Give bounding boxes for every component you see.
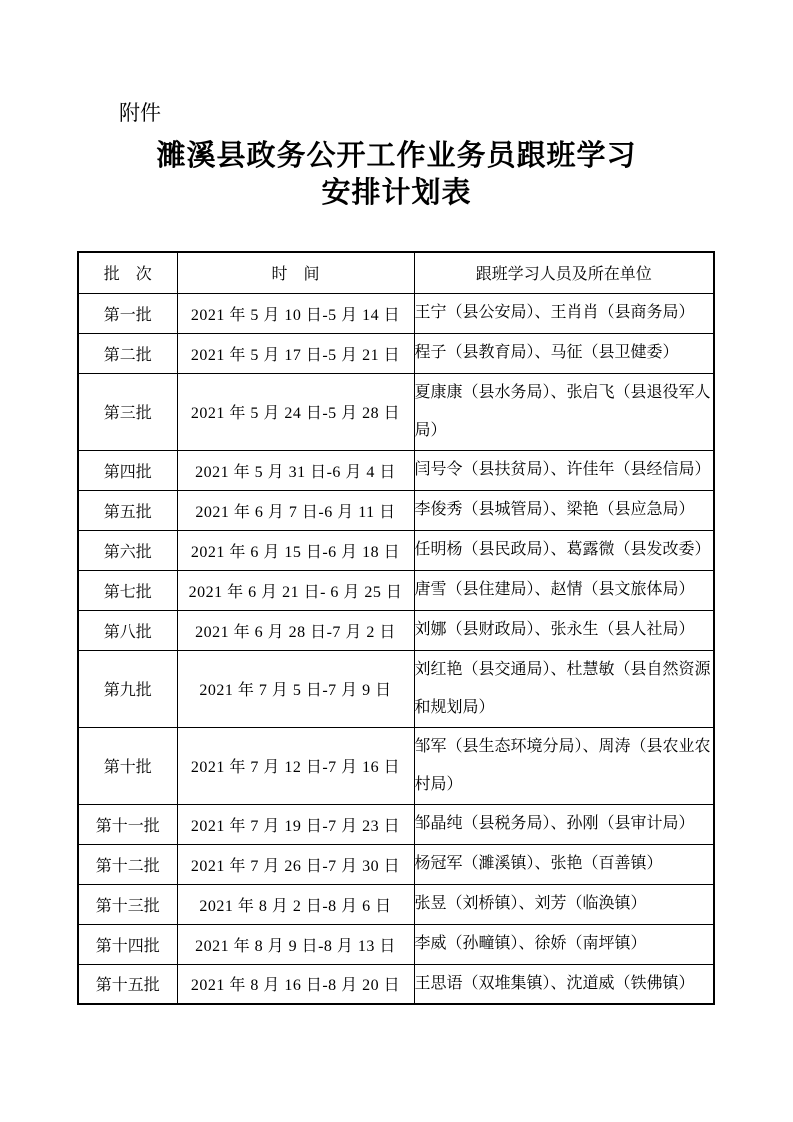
time-cell: 2021 年 7 月 19 日-7 月 23 日 <box>177 804 414 844</box>
table-row: 第三批 2021 年 5 月 24 日-5 月 28 日 夏康康（县水务局）、张… <box>78 373 714 450</box>
schedule-table: 批 次 时 间 跟班学习人员及所在单位 第一批 2021 年 5 月 10 日-… <box>77 251 715 1005</box>
attachment-label: 附件 <box>119 100 161 126</box>
time-cell: 2021 年 5 月 31 日-6 月 4 日 <box>177 450 414 490</box>
people-cell: 任明杨（县民政局）、葛露微（县发改委） <box>414 530 714 570</box>
people-cell: 唐雪（县住建局）、赵情（县文旅体局） <box>414 570 714 610</box>
batch-cell: 第十五批 <box>78 964 177 1004</box>
batch-cell: 第六批 <box>78 530 177 570</box>
batch-cell: 第十二批 <box>78 844 177 884</box>
people-cell: 王宁（县公安局）、王肖肖（县商务局） <box>414 293 714 333</box>
time-cell: 2021 年 6 月 15 日-6 月 18 日 <box>177 530 414 570</box>
people-cell: 刘娜（县财政局）、张永生（县人社局） <box>414 610 714 650</box>
time-cell: 2021 年 8 月 16 日-8 月 20 日 <box>177 964 414 1004</box>
table-row: 第十一批 2021 年 7 月 19 日-7 月 23 日 邹晶纯（县税务局）、… <box>78 804 714 844</box>
time-cell: 2021 年 6 月 21 日- 6 月 25 日 <box>177 570 414 610</box>
table-row: 第八批 2021 年 6 月 28 日-7 月 2 日 刘娜（县财政局）、张永生… <box>78 610 714 650</box>
batch-cell: 第十三批 <box>78 884 177 924</box>
people-cell: 程子（县教育局）、马征（县卫健委） <box>414 333 714 373</box>
batch-cell: 第十批 <box>78 727 177 804</box>
people-cell: 邹军（县生态环境分局）、周涛（县农业农村局） <box>414 727 714 804</box>
people-cell: 李俊秀（县城管局）、梁艳（县应急局） <box>414 490 714 530</box>
time-cell: 2021 年 6 月 7 日-6 月 11 日 <box>177 490 414 530</box>
time-cell: 2021 年 7 月 26 日-7 月 30 日 <box>177 844 414 884</box>
time-cell: 2021 年 7 月 5 日-7 月 9 日 <box>177 650 414 727</box>
column-header-time: 时 间 <box>177 252 414 293</box>
batch-cell: 第八批 <box>78 610 177 650</box>
people-cell: 刘红艳（县交通局）、杜慧敏（县自然资源和规划局） <box>414 650 714 727</box>
table-row: 第四批 2021 年 5 月 31 日-6 月 4 日 闫号令（县扶贫局）、许佳… <box>78 450 714 490</box>
column-header-batch: 批 次 <box>78 252 177 293</box>
time-cell: 2021 年 5 月 24 日-5 月 28 日 <box>177 373 414 450</box>
page-title: 濉溪县政务公开工作业务员跟班学习安排计划表 <box>0 138 793 212</box>
time-cell: 2021 年 8 月 2 日-8 月 6 日 <box>177 884 414 924</box>
table-row: 第六批 2021 年 6 月 15 日-6 月 18 日 任明杨（县民政局）、葛… <box>78 530 714 570</box>
time-cell: 2021 年 8 月 9 日-8 月 13 日 <box>177 924 414 964</box>
table-row: 第十四批 2021 年 8 月 9 日-8 月 13 日 李威（孙疃镇）、徐娇（… <box>78 924 714 964</box>
table-row: 第十三批 2021 年 8 月 2 日-8 月 6 日 张昱（刘桥镇）、刘芳（临… <box>78 884 714 924</box>
table-row: 第二批 2021 年 5 月 17 日-5 月 21 日 程子（县教育局）、马征… <box>78 333 714 373</box>
table-row: 第十五批 2021 年 8 月 16 日-8 月 20 日 王思语（双堆集镇）、… <box>78 964 714 1004</box>
time-cell: 2021 年 6 月 28 日-7 月 2 日 <box>177 610 414 650</box>
table-row: 第一批 2021 年 5 月 10 日-5 月 14 日 王宁（县公安局）、王肖… <box>78 293 714 333</box>
table-header-row: 批 次 时 间 跟班学习人员及所在单位 <box>78 252 714 293</box>
batch-cell: 第一批 <box>78 293 177 333</box>
table-row: 第九批 2021 年 7 月 5 日-7 月 9 日 刘红艳（县交通局）、杜慧敏… <box>78 650 714 727</box>
document-page: 附件 濉溪县政务公开工作业务员跟班学习安排计划表 批 次 时 间 跟班学习人员及… <box>0 0 793 1122</box>
time-cell: 2021 年 7 月 12 日-7 月 16 日 <box>177 727 414 804</box>
people-cell: 张昱（刘桥镇）、刘芳（临涣镇） <box>414 884 714 924</box>
page-title-line-2: 安排计划表 <box>321 177 471 209</box>
batch-cell: 第七批 <box>78 570 177 610</box>
batch-cell: 第十四批 <box>78 924 177 964</box>
table-row: 第七批 2021 年 6 月 21 日- 6 月 25 日 唐雪（县住建局）、赵… <box>78 570 714 610</box>
people-cell: 闫号令（县扶贫局）、许佳年（县经信局） <box>414 450 714 490</box>
people-cell: 夏康康（县水务局）、张启飞（县退役军人局） <box>414 373 714 450</box>
batch-cell: 第五批 <box>78 490 177 530</box>
people-cell: 李威（孙疃镇）、徐娇（南坪镇） <box>414 924 714 964</box>
column-header-people: 跟班学习人员及所在单位 <box>414 252 714 293</box>
people-cell: 王思语（双堆集镇）、沈道威（铁佛镇） <box>414 964 714 1004</box>
table-row: 第十二批 2021 年 7 月 26 日-7 月 30 日 杨冠军（濉溪镇）、张… <box>78 844 714 884</box>
people-cell: 杨冠军（濉溪镇）、张艳（百善镇） <box>414 844 714 884</box>
time-cell: 2021 年 5 月 10 日-5 月 14 日 <box>177 293 414 333</box>
batch-cell: 第三批 <box>78 373 177 450</box>
people-cell: 邹晶纯（县税务局）、孙刚（县审计局） <box>414 804 714 844</box>
table-row: 第十批 2021 年 7 月 12 日-7 月 16 日 邹军（县生态环境分局）… <box>78 727 714 804</box>
batch-cell: 第二批 <box>78 333 177 373</box>
batch-cell: 第四批 <box>78 450 177 490</box>
page-title-line-1: 濉溪县政务公开工作业务员跟班学习 <box>156 140 636 172</box>
table-row: 第五批 2021 年 6 月 7 日-6 月 11 日 李俊秀（县城管局）、梁艳… <box>78 490 714 530</box>
batch-cell: 第十一批 <box>78 804 177 844</box>
batch-cell: 第九批 <box>78 650 177 727</box>
time-cell: 2021 年 5 月 17 日-5 月 21 日 <box>177 333 414 373</box>
